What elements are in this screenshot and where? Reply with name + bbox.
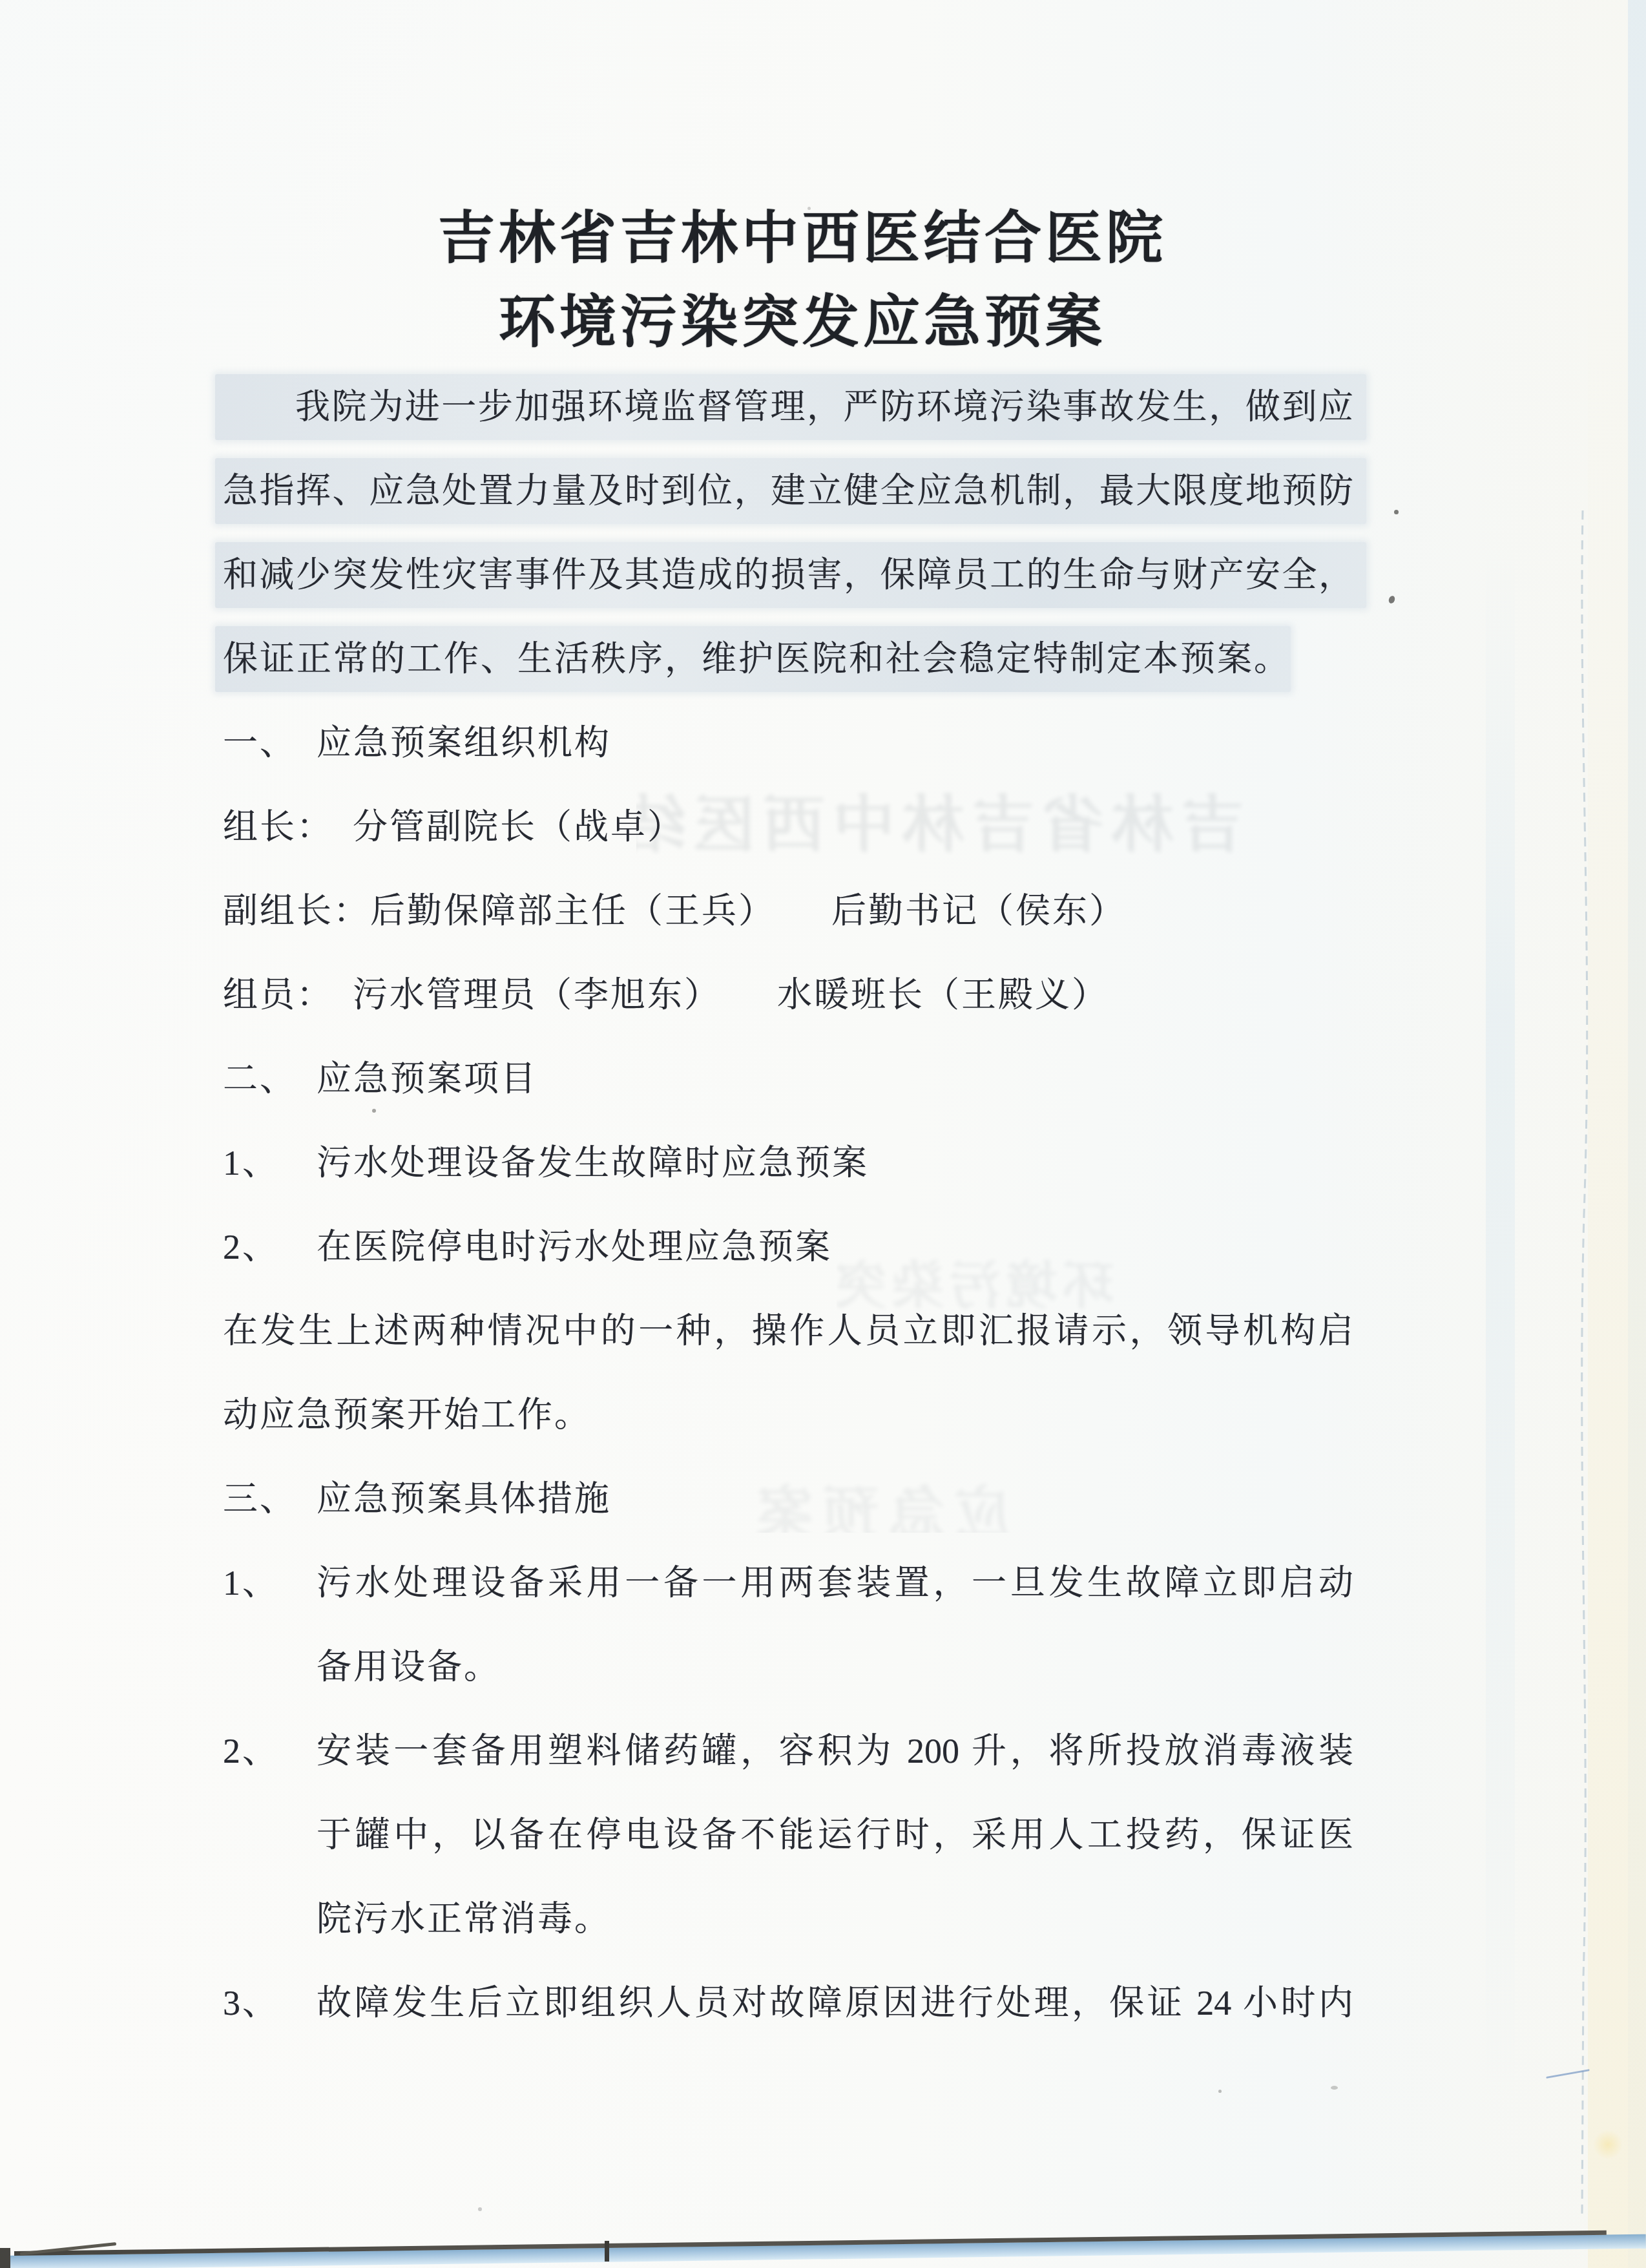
line-text: 动应急预案开始工作。 xyxy=(223,1373,1353,1457)
line-text: 应急预案组织机构 xyxy=(317,701,1353,785)
line-text: 急指挥、应急处置力量及时到位，建立健全应急机制，最大限度地预防 xyxy=(223,449,1353,533)
line-text: 在发生上述两种情况中的一种，操作人员立即汇报请示，领导机构启 xyxy=(223,1289,1353,1373)
text-line: 副组长：后勤保障部主任（王兵） 后勤书记（侯东） xyxy=(223,869,1353,953)
line-text: 组员： 污水管理员（李旭东） 水暖班长（王殿义） xyxy=(223,953,1353,1037)
section-heading: 一、应急预案组织机构 xyxy=(223,701,1353,785)
text-line: 组员： 污水管理员（李旭东） 水暖班长（王殿义） xyxy=(223,953,1353,1037)
section-heading: 三、应急预案具体措施 xyxy=(223,1457,1353,1541)
list-marker: 2、 xyxy=(223,1205,279,1289)
list-marker: 3、 xyxy=(223,1961,279,2045)
list-item: 2、在医院停电时污水处理应急预案 xyxy=(223,1205,1353,1289)
line-text: 污水处理设备采用一备一用两套装置，一旦发生故障立即启动 xyxy=(317,1541,1353,1625)
list-item: 2、安装一套备用塑料储药罐，容积为 200 升，将所投放消毒液装 xyxy=(223,1709,1353,1793)
line-text: 故障发生后立即组织人员对故障原因进行处理，保证 24 小时内 xyxy=(317,1961,1353,2045)
text-line: 急指挥、应急处置力量及时到位，建立健全应急机制，最大限度地预防 xyxy=(223,449,1353,533)
backing-sheet-tint xyxy=(1588,246,1646,2268)
text-line: 于罐中，以备在停电设备不能运行时，采用人工投药，保证医 xyxy=(223,1793,1353,1877)
line-text: 组长： 分管副院长（战卓） xyxy=(223,785,1353,869)
list-marker: 2、 xyxy=(223,1709,279,1793)
text-line: 在发生上述两种情况中的一种，操作人员立即汇报请示，领导机构启 xyxy=(223,1289,1353,1373)
text-line: 我院为进一步加强环境监督管理，严防环境污染事故发生，做到应 xyxy=(223,365,1353,449)
line-text: 应急预案具体措施 xyxy=(317,1457,1353,1541)
line-text: 备用设备。 xyxy=(317,1625,1353,1709)
page-edge-tick xyxy=(605,2241,609,2262)
text-line: 院污水正常消毒。 xyxy=(223,1877,1353,1961)
list-item: 1、污水处理设备发生故障时应急预案 xyxy=(223,1121,1353,1205)
line-text: 我院为进一步加强环境监督管理，严防环境污染事故发生，做到应 xyxy=(223,365,1353,449)
list-marker: 1、 xyxy=(223,1121,279,1205)
line-text: 于罐中，以备在停电设备不能运行时，采用人工投药，保证医 xyxy=(317,1793,1353,1877)
list-marker: 1、 xyxy=(223,1541,279,1625)
text-line: 动应急预案开始工作。 xyxy=(223,1373,1353,1457)
text-line: 备用设备。 xyxy=(223,1625,1353,1709)
list-marker: 一、 xyxy=(223,701,297,785)
section-heading: 二、应急预案项目 xyxy=(223,1037,1353,1121)
line-text: 和减少突发性灾害事件及其造成的损害，保障员工的生命与财产安全， xyxy=(223,533,1353,617)
line-text: 副组长：后勤保障部主任（王兵） 后勤书记（侯东） xyxy=(223,869,1353,953)
paper-stain xyxy=(1593,2130,1623,2159)
line-text: 院污水正常消毒。 xyxy=(317,1877,1353,1961)
document-body: 我院为进一步加强环境监督管理，严防环境污染事故发生，做到应 急指挥、应急处置力量… xyxy=(223,365,1353,2045)
text-line: 保证正常的工作、生活秩序，维护医院和社会稳定特制定本预案。 xyxy=(223,617,1353,701)
line-text: 保证正常的工作、生活秩序，维护医院和社会稳定特制定本预案。 xyxy=(223,617,1353,701)
list-item: 1、污水处理设备采用一备一用两套装置，一旦发生故障立即启动 xyxy=(223,1541,1353,1625)
text-line: 和减少突发性灾害事件及其造成的损害，保障员工的生命与财产安全， xyxy=(223,533,1353,617)
line-text: 应急预案项目 xyxy=(317,1037,1353,1121)
list-marker: 三、 xyxy=(223,1457,297,1541)
line-text: 安装一套备用塑料储药罐，容积为 200 升，将所投放消毒液装 xyxy=(317,1709,1353,1793)
list-item: 3、故障发生后立即组织人员对故障原因进行处理，保证 24 小时内 xyxy=(223,1961,1353,2045)
line-text: 在医院停电时污水处理应急预案 xyxy=(317,1205,1353,1289)
line-text: 污水处理设备发生故障时应急预案 xyxy=(317,1121,1353,1205)
page-corner-mark xyxy=(0,2248,10,2268)
list-marker: 二、 xyxy=(223,1037,297,1121)
scanned-document-page: 吉林省吉林中西医结合医院 环境污染突发 应急预案 吉林省吉林中西医结合医院 环境… xyxy=(0,0,1646,2268)
text-line: 组长： 分管副院长（战卓） xyxy=(223,785,1353,869)
